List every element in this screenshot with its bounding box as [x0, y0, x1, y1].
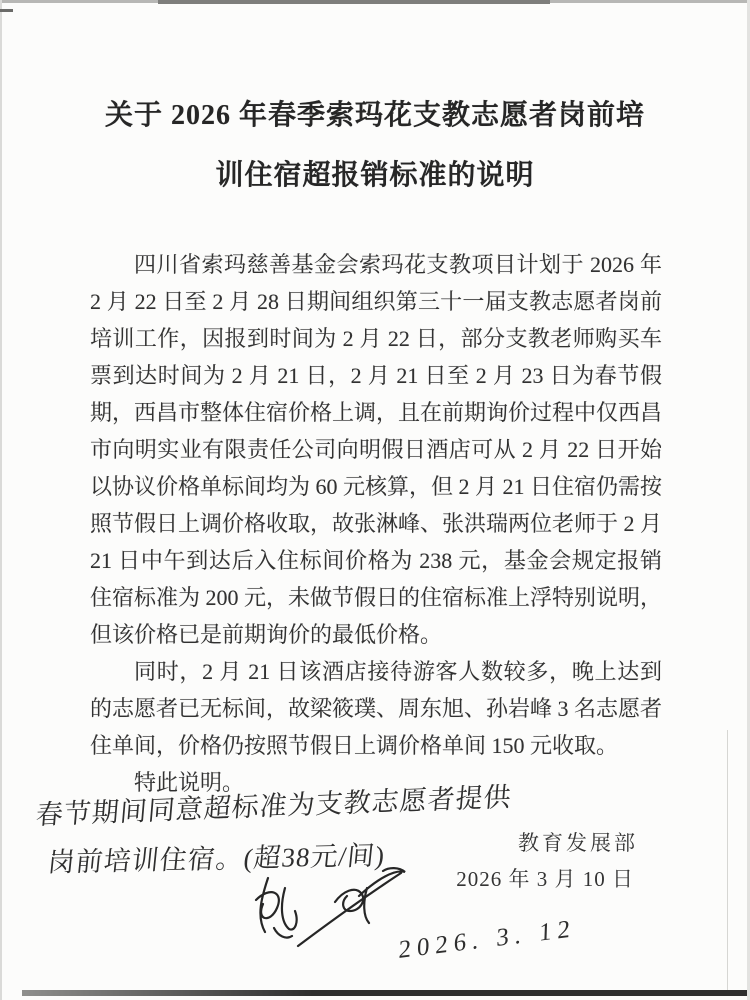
scan-corner-mark — [0, 9, 13, 12]
paragraph-1: 四川省索玛慈善基金会索玛花支教项目计划于 2026 年 2 月 22 日至 2 … — [90, 246, 662, 653]
document-title: 关于 2026 年春季索玛花支教志愿者岗前培 训住宿超报销标准的说明 — [0, 86, 750, 206]
document-title-line-2: 训住宿超报销标准的说明 — [0, 146, 750, 206]
scan-edge-top-dark-segment — [158, 0, 550, 4]
scan-edge-right-faint-line — [727, 730, 728, 990]
document-title-line-1: 关于 2026 年春季索玛花支教志愿者岗前培 — [0, 86, 750, 146]
signoff-department: 教育发展部 — [518, 827, 638, 857]
scan-edge-bottom — [22, 990, 750, 996]
signoff-date: 2026 年 3 月 10 日 — [456, 863, 634, 893]
paragraph-2: 同时，2 月 21 日该酒店接待游客人数较多，晚上达到的志愿者已无标间，故梁筱璞… — [90, 653, 662, 764]
document-body: 四川省索玛慈善基金会索玛花支教项目计划于 2026 年 2 月 22 日至 2 … — [90, 246, 662, 801]
scanned-document-page: 关于 2026 年春季索玛花支教志愿者岗前培 训住宿超报销标准的说明 四川省索玛… — [0, 0, 750, 1000]
